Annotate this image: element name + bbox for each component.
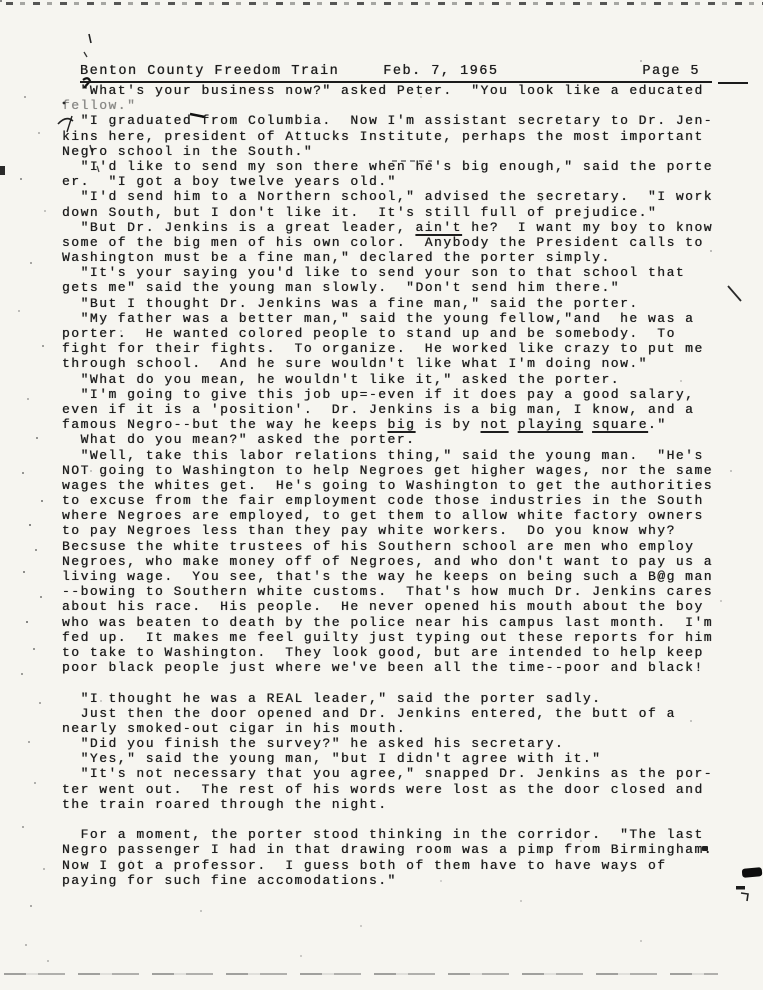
text-line: "Well, take this labor relations thing,"… <box>62 448 713 463</box>
text-segment: poor black people just where we've been … <box>62 660 704 675</box>
underlined-text: ain't <box>415 220 462 235</box>
text-segment: kins here, president of Attucks Institut… <box>62 129 704 144</box>
text-line: "I'm going to give this job up=-even if … <box>62 387 713 402</box>
text-line: Washington must be a fine man," declared… <box>62 250 713 265</box>
text-line: For a moment, the porter stood thinking … <box>62 827 713 842</box>
text-segment: through school. And he sure wouldn't lik… <box>62 356 648 371</box>
text-line: through school. And he sure wouldn't lik… <box>62 356 713 371</box>
photocopy-noise <box>0 0 2 2</box>
text-segment: Now I got a professor. I guess both of t… <box>62 858 667 873</box>
document-title: Benton County Freedom Train <box>80 64 339 79</box>
text-line: ter went out. The rest of his words were… <box>62 782 713 797</box>
text-line: "But Dr. Jenkins is a great leader, ain'… <box>62 220 713 235</box>
text-line: "It's not necessary that you agree," sna… <box>62 766 713 781</box>
text-line: some of the big men of his own color. An… <box>62 235 713 250</box>
text-segment: Becsuse the white trustees of his Southe… <box>62 539 695 554</box>
text-segment: "Yes," said the young man, "but I didn't… <box>62 751 601 766</box>
text-segment: fight for their fights. To organize. He … <box>62 341 704 356</box>
text-line: "I graduated from Columbia. Now I'm assi… <box>62 113 713 128</box>
text-line: NOT going to Washington to help Negroes … <box>62 463 713 478</box>
text-segment: to take to Washington. They look good, b… <box>62 645 704 660</box>
text-segment: Negro school in the South." <box>62 144 313 159</box>
text-segment: "I'm going to give this job up=-even if … <box>62 387 695 402</box>
text-line: porter. He wanted colored people to stan… <box>62 326 713 341</box>
text-line: famous Negro--but the way he keeps big i… <box>62 417 713 432</box>
text-line: er. "I got a boy twelve years old." <box>62 174 713 189</box>
text-line: "My father was a better man," said the y… <box>62 311 713 326</box>
text-line: Negro passenger I had in that drawing ro… <box>62 842 713 857</box>
text-segment <box>583 417 592 432</box>
text-segment: What do you mean?" asked the porter. <box>62 432 415 447</box>
text-segment: to excuse from the fair employment code … <box>62 493 704 508</box>
text-segment: Just then the door opened and Dr. Jenkin… <box>62 706 676 721</box>
text-segment: even if it is a 'position'. Dr. Jenkins … <box>62 402 695 417</box>
text-segment: For a moment, the porter stood thinking … <box>62 827 704 842</box>
text-segment: Washington must be a fine man," declared… <box>62 250 611 265</box>
text-segment: "My father was a better man," said the y… <box>62 311 695 326</box>
text-segment: NOT going to Washington to help Negroes … <box>62 463 713 478</box>
text-segment <box>508 417 517 432</box>
text-segment: "I'd send him to a Northern school," adv… <box>62 189 713 204</box>
page-number: Page 5 <box>642 64 700 79</box>
text-segment: ." <box>648 417 667 432</box>
text-segment: "What do you mean, he wouldn't like it,"… <box>62 372 620 387</box>
text-line: "Did you finish the survey?" he asked hi… <box>62 736 713 751</box>
text-line: paying for such fine accomodations." <box>62 873 713 888</box>
text-line: nearly smoked-out cigar in his mouth. <box>62 721 713 736</box>
text-line: fellow." <box>62 98 713 113</box>
text-line: wages the whites get. He's going to Wash… <box>62 478 713 493</box>
text-segment: famous Negro--but the way he keeps <box>62 417 388 432</box>
text-line: down South, but I don't like it. It's st… <box>62 205 713 220</box>
text-segment: he? I want my boy to know <box>462 220 713 235</box>
text-line: to take to Washington. They look good, b… <box>62 645 713 660</box>
text-segment: "I graduated from Columbia. Now I'm assi… <box>62 113 713 128</box>
text-line: Now I got a professor. I guess both of t… <box>62 858 713 873</box>
text-line: to pay Negroes less than they pay white … <box>62 523 713 538</box>
text-segment: "Did you finish the survey?" he asked hi… <box>62 736 564 751</box>
text-line: where Negroes are employed, to get them … <box>62 508 713 523</box>
text-line <box>62 812 713 827</box>
underlined-text: not <box>481 417 509 432</box>
text-line: "It's your saying you'd like to send you… <box>62 265 713 280</box>
text-line: poor black people just where we've been … <box>62 660 713 675</box>
text-segment: about his race. His people. He never ope… <box>62 599 704 614</box>
text-line: "But I thought Dr. Jenkins was a fine ma… <box>62 296 713 311</box>
text-segment: is by <box>415 417 480 432</box>
text-line: Negro school in the South." <box>62 144 713 159</box>
page-header: Benton County Freedom Train Feb. 7, 1965… <box>80 64 712 83</box>
text-line: gets me" said the young man slowly. "Don… <box>62 280 713 295</box>
underlined-text: square <box>592 417 648 432</box>
text-line: kins here, president of Attucks Institut… <box>62 129 713 144</box>
text-line: "I'd like to send my son there when he's… <box>62 159 713 174</box>
text-segment: Negroes, who make money off of Negroes, … <box>62 554 713 569</box>
text-line: --bowing to Southern white customs. That… <box>62 584 713 599</box>
text-line: "I thought he was a REAL leader," said t… <box>62 691 713 706</box>
text-segment: "I thought he was a REAL leader," said t… <box>62 691 601 706</box>
text-segment: porter. He wanted colored people to stan… <box>62 326 676 341</box>
text-line: who was beaten to death by the police ne… <box>62 615 713 630</box>
document-date: Feb. 7, 1965 <box>383 64 498 79</box>
text-segment: gets me" said the young man slowly. "Don… <box>62 280 620 295</box>
text-segment: wages the whites get. He's going to Wash… <box>62 478 713 493</box>
text-segment: "It's not necessary that you agree," sna… <box>62 766 713 781</box>
scan-bottom-edge-artifact <box>4 973 718 975</box>
text-segment: to pay Negroes less than they pay white … <box>62 523 676 538</box>
text-line: "Yes," said the young man, "but I didn't… <box>62 751 713 766</box>
text-segment: who was beaten to death by the police ne… <box>62 615 713 630</box>
text-segment: fellow." <box>62 98 136 113</box>
text-segment: --bowing to Southern white customs. That… <box>62 584 713 599</box>
text-line: "What's your business now?" asked Peter.… <box>62 83 713 98</box>
text-segment: "It's your saying you'd like to send you… <box>62 265 685 280</box>
text-segment: fed up. It makes me feel guilty just typ… <box>62 630 713 645</box>
text-line <box>62 675 713 690</box>
text-line: fight for their fights. To organize. He … <box>62 341 713 356</box>
text-line: to excuse from the fair employment code … <box>62 493 713 508</box>
text-segment: "But I thought Dr. Jenkins was a fine ma… <box>62 296 639 311</box>
text-segment: "What's your business now?" asked Peter.… <box>62 83 704 98</box>
document-body: "What's your business now?" asked Peter.… <box>62 83 713 888</box>
text-line: Becsuse the white trustees of his Southe… <box>62 539 713 554</box>
text-line: Negroes, who make money off of Negroes, … <box>62 554 713 569</box>
text-segment: paying for such fine accomodations." <box>62 873 397 888</box>
text-segment: er. "I got a boy twelve years old." <box>62 174 397 189</box>
text-segment: living wage. You see, that's the way he … <box>62 569 713 584</box>
text-segment: "Well, take this labor relations thing,"… <box>62 448 704 463</box>
text-segment: nearly smoked-out cigar in his mouth. <box>62 721 406 736</box>
text-line: What do you mean?" asked the porter. <box>62 432 713 447</box>
document-page: Benton County Freedom Train Feb. 7, 1965… <box>0 0 763 990</box>
text-segment: Negro passenger I had in that drawing ro… <box>62 842 713 857</box>
text-line: fed up. It makes me feel guilty just typ… <box>62 630 713 645</box>
text-segment: the train roared through the night. <box>62 797 388 812</box>
text-line: about his race. His people. He never ope… <box>62 599 713 614</box>
text-line: Just then the door opened and Dr. Jenkin… <box>62 706 713 721</box>
header-underline-dash <box>718 82 748 84</box>
text-line: living wage. You see, that's the way he … <box>62 569 713 584</box>
text-segment: ter went out. The rest of his words were… <box>62 782 704 797</box>
text-segment: where Negroes are employed, to get them … <box>62 508 704 523</box>
text-segment: down South, but I don't like it. It's st… <box>62 205 657 220</box>
text-segment: "But Dr. Jenkins is a great leader, <box>62 220 415 235</box>
text-segment: "I'd like to send my son there when he's… <box>62 159 713 174</box>
text-line: "What do you mean, he wouldn't like it,"… <box>62 372 713 387</box>
scan-top-edge-artifact <box>6 2 763 5</box>
underlined-text: playing <box>518 417 583 432</box>
text-line: the train roared through the night. <box>62 797 713 812</box>
text-line: even if it is a 'position'. Dr. Jenkins … <box>62 402 713 417</box>
underlined-text: big <box>388 417 416 432</box>
text-segment: some of the big men of his own color. An… <box>62 235 704 250</box>
text-line: "I'd send him to a Northern school," adv… <box>62 189 713 204</box>
